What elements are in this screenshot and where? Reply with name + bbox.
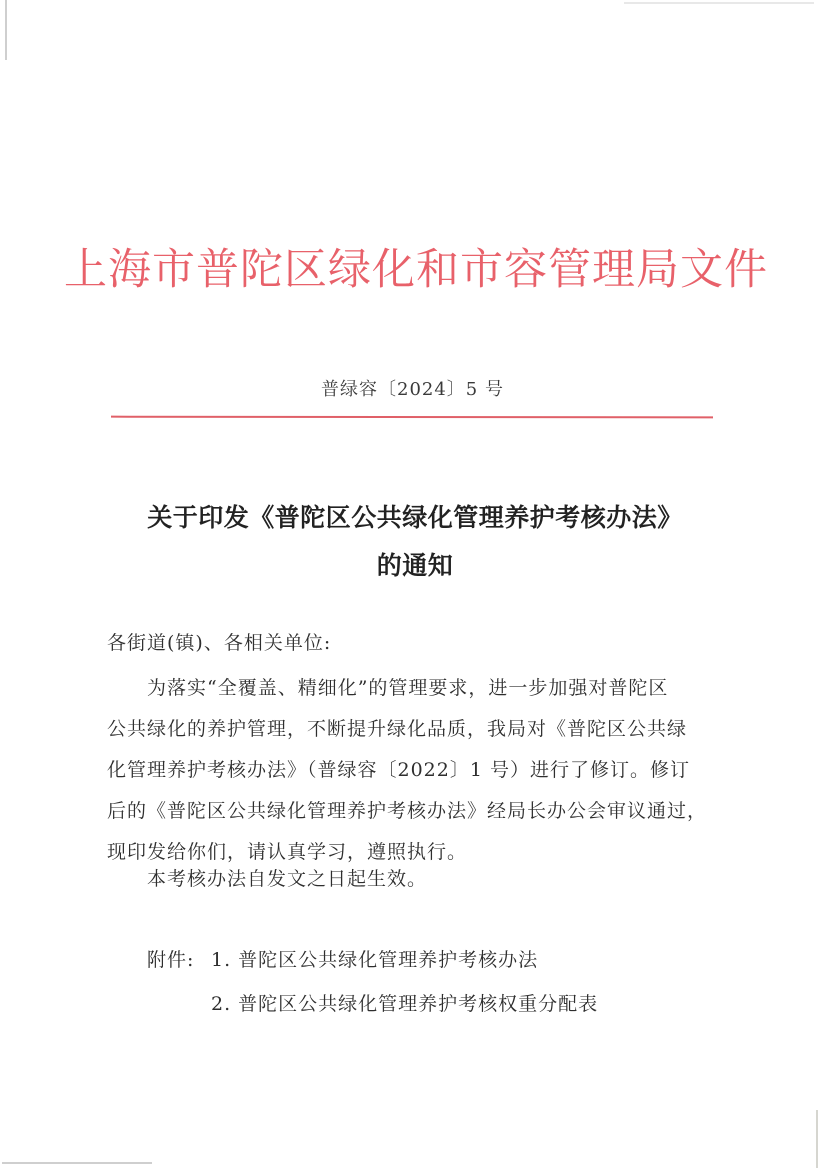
attachments-label: 附件: (147, 938, 211, 982)
scan-edge (2, 1162, 152, 1164)
title-line-2: 的通知 (90, 542, 740, 590)
document-masthead: 上海市普陀区绿化和市容管理局文件 (56, 236, 776, 297)
attachments-list: 附件: 1. 普陀区公共绿化管理养护考核办法 2. 普陀区公共绿化管理养护考核权… (147, 938, 598, 1026)
paragraph-2: 本考核办法自发文之日起生效。 (147, 864, 767, 891)
attachment-title: 1. 普陀区公共绿化管理养护考核办法 (211, 938, 538, 982)
paragraph-line: 公共绿化的养护管理，不断提升绿化品质，我局对《普陀区公共绿 (107, 709, 727, 750)
attachment-indent (147, 982, 211, 1026)
scan-edge (624, 2, 814, 4)
title-line-1: 关于印发《普陀区公共绿化管理养护考核办法》 (90, 494, 740, 542)
paragraph-line: 后的《普陀区公共绿化管理养护考核办法》经局长办公会审议通过， (107, 791, 727, 832)
attachment-title: 2. 普陀区公共绿化管理养护考核权重分配表 (211, 982, 598, 1026)
attachment-item: 2. 普陀区公共绿化管理养护考核权重分配表 (147, 982, 598, 1026)
document-number: 普绿容〔2024〕5 号 (110, 375, 715, 401)
paragraph-1: 为落实“全覆盖、精细化”的管理要求，进一步加强对普陀区 公共绿化的养护管理，不断… (107, 668, 727, 873)
scan-edge (816, 1110, 818, 1168)
red-divider-line (111, 416, 713, 419)
document-title: 关于印发《普陀区公共绿化管理养护考核办法》 的通知 (90, 494, 740, 590)
paragraph-line: 为落实“全覆盖、精细化”的管理要求，进一步加强对普陀区 (107, 668, 727, 709)
salutation: 各街道(镇)、各相关单位: (107, 628, 727, 655)
attachment-item: 附件: 1. 普陀区公共绿化管理养护考核办法 (147, 938, 598, 982)
scan-edge (5, 0, 7, 60)
paragraph-line: 化管理养护考核办法》（普绿容〔2022〕1 号）进行了修订。修订 (107, 750, 727, 791)
